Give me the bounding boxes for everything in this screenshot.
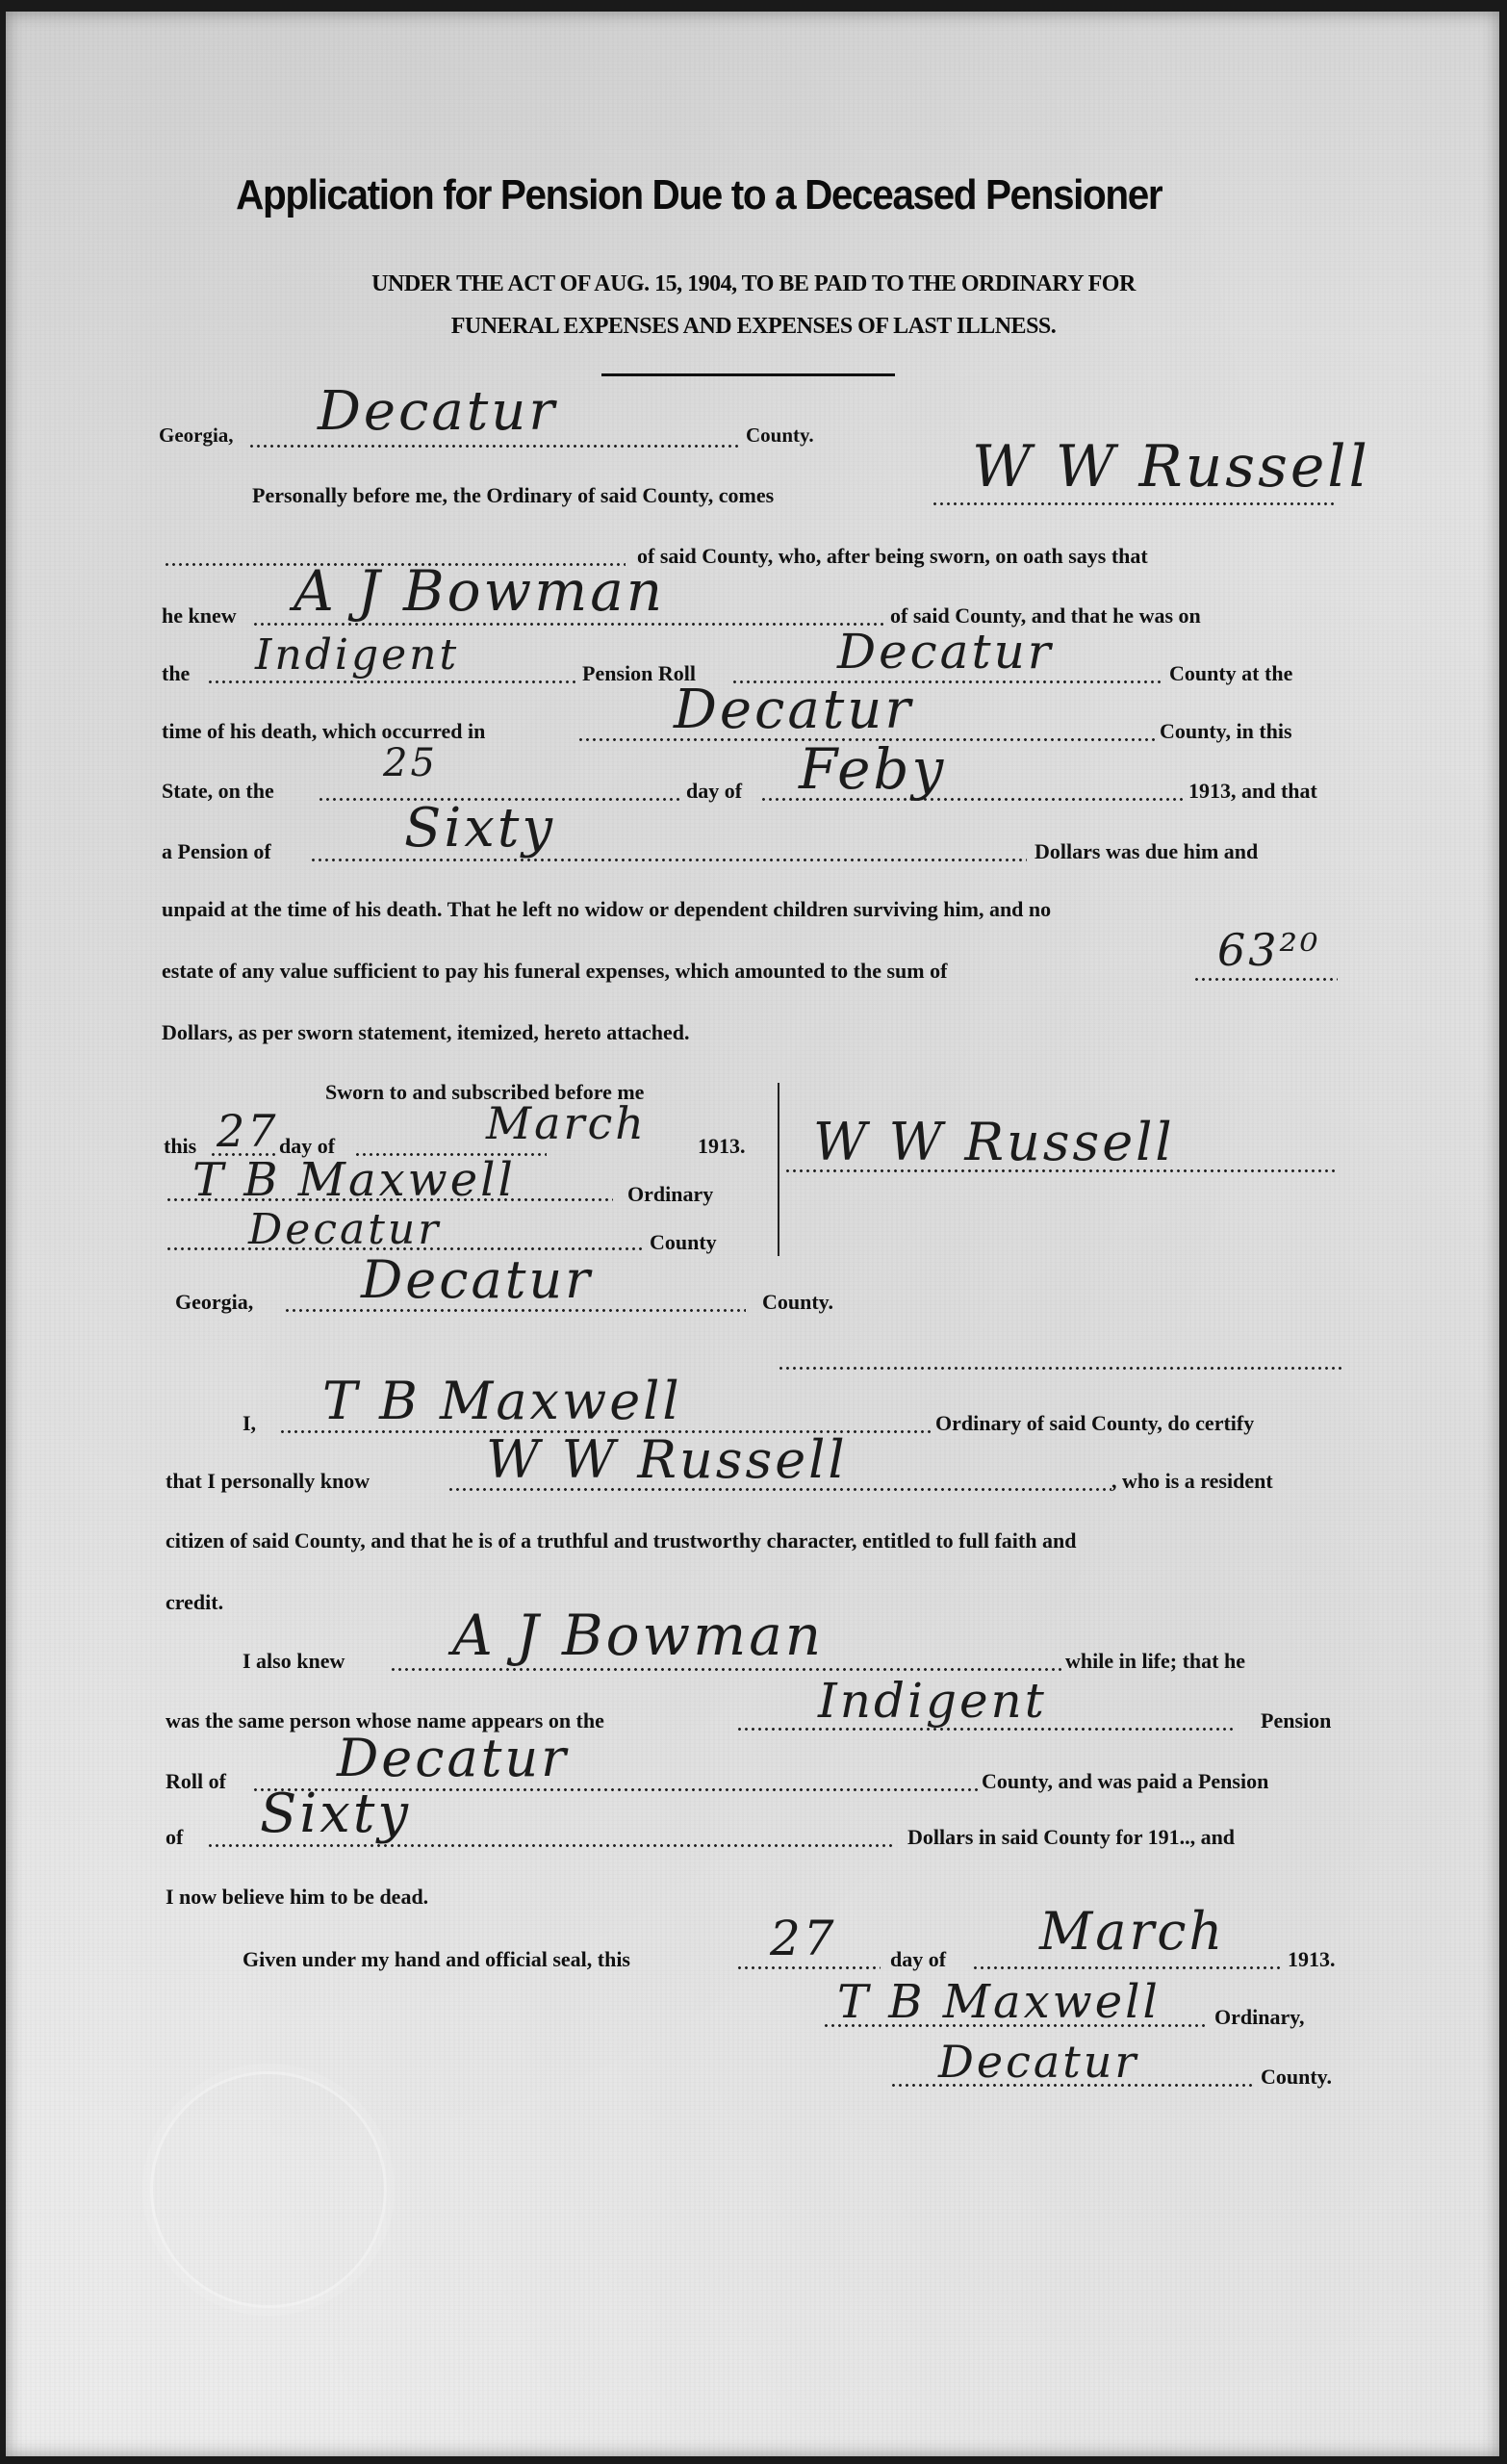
header-rule bbox=[601, 373, 895, 376]
death-month-value: Feby bbox=[799, 736, 946, 802]
cert-day-value: 27 bbox=[770, 1911, 837, 1966]
cert-year: 1913. bbox=[1288, 1947, 1336, 1972]
cert-blank-line bbox=[778, 1367, 1345, 1370]
cert-deceased-name-value: A J Bowman bbox=[452, 1603, 824, 1668]
cert-ordinary-name-value: T B Maxwell bbox=[322, 1371, 682, 1431]
cert-final-county-label: County. bbox=[1261, 2065, 1332, 2090]
unpaid-text: unpaid at the time of his death. That he… bbox=[162, 897, 1051, 922]
cert-dollars-in-county-text: Dollars in said County for 191.., and bbox=[907, 1825, 1235, 1850]
county-field-value: Decatur bbox=[318, 380, 557, 443]
cert-citizen-text: citizen of said County, and that he is o… bbox=[166, 1528, 1076, 1553]
he-knew-label: he knew bbox=[162, 603, 237, 629]
cert-state-label: Georgia, bbox=[175, 1290, 253, 1315]
dollars-statement-text: Dollars, as per sworn statement, itemize… bbox=[162, 1020, 689, 1045]
cert-roll-of-label: Roll of bbox=[166, 1769, 226, 1794]
jurat-county-label: County bbox=[650, 1230, 717, 1255]
pension-amount-value: Sixty bbox=[404, 797, 555, 860]
cert-day-of-label: day of bbox=[890, 1947, 946, 1972]
the-label: the bbox=[162, 661, 190, 686]
cert-believe-dead-text: I now believe him to be dead. bbox=[166, 1885, 428, 1910]
state-on-the-text: State, on the bbox=[162, 779, 274, 804]
a-pension-of-text: a Pension of bbox=[162, 839, 271, 864]
cert-county-label: County. bbox=[762, 1290, 833, 1315]
cert-ordinary-signature: T B Maxwell bbox=[837, 1975, 1161, 2029]
cert-credit-text: credit. bbox=[166, 1590, 223, 1615]
cert-month-value: March bbox=[1039, 1901, 1225, 1962]
roll-county-value: Decatur bbox=[837, 624, 1054, 680]
death-day-value: 25 bbox=[383, 741, 438, 785]
cert-pension-amount-value: Sixty bbox=[260, 1783, 411, 1845]
jurat-day-value: 27 bbox=[217, 1105, 279, 1157]
roll-type-field-line bbox=[207, 680, 577, 683]
day-of-label: day of bbox=[686, 779, 742, 804]
of-said-county-text: of said County, who, after being sworn, … bbox=[637, 544, 1148, 569]
cert-given-under-text: Given under my hand and official seal, t… bbox=[243, 1947, 630, 1972]
jurat-month-value: March bbox=[486, 1097, 647, 1149]
cert-county-value: Decatur bbox=[361, 1249, 593, 1310]
county-label: County. bbox=[746, 423, 814, 448]
roll-type-value: Indigent bbox=[255, 630, 459, 680]
cert-deceased-field-line bbox=[390, 1668, 1063, 1671]
cert-of-label: of bbox=[166, 1825, 183, 1850]
cert-month-field-line bbox=[972, 1966, 1280, 1969]
funeral-sum-value: 63²⁰ bbox=[1217, 924, 1320, 976]
document-title: Application for Pension Due to a Decease… bbox=[159, 171, 1239, 219]
county-in-this-text: County, in this bbox=[1160, 719, 1292, 744]
cert-personally-know-text: that I personally know bbox=[166, 1469, 370, 1494]
cert-while-in-life-text: while in life; that he bbox=[1065, 1649, 1245, 1674]
document-page bbox=[6, 12, 1499, 2456]
county-field-line bbox=[248, 445, 739, 448]
funeral-sum-field-line bbox=[1193, 978, 1338, 981]
jurat-divider bbox=[778, 1083, 779, 1256]
cert-resident-text: , who is a resident bbox=[1111, 1469, 1273, 1494]
cert-i-label: I, bbox=[243, 1411, 256, 1436]
affiant-signature: W W Russell bbox=[813, 1112, 1175, 1172]
jurat-county-value: Decatur bbox=[248, 1205, 441, 1254]
cert-also-knew-label: I also knew bbox=[243, 1649, 345, 1674]
cert-roll-type-value: Indigent bbox=[818, 1673, 1047, 1729]
estate-text: estate of any value sufficient to pay hi… bbox=[162, 959, 947, 984]
jurat-ordinary-label: Ordinary bbox=[627, 1182, 713, 1207]
cert-county-paid-text: County, and was paid a Pension bbox=[982, 1769, 1268, 1794]
county-at-the-text: County at the bbox=[1169, 661, 1292, 686]
personally-text: Personally before me, the Ordinary of sa… bbox=[252, 483, 774, 508]
affiant-field-line bbox=[932, 502, 1336, 505]
cert-roll-county-value: Decatur bbox=[337, 1728, 569, 1788]
death-year-text: 1913, and that bbox=[1188, 779, 1317, 804]
cert-final-county-value: Decatur bbox=[938, 2036, 1138, 2088]
cert-day-field-line bbox=[736, 1966, 881, 1969]
jurat-ordinary-signature: T B Maxwell bbox=[192, 1153, 516, 1207]
deceased-name-value: A J Bowman bbox=[294, 558, 665, 624]
cert-ordinary-label: Ordinary, bbox=[1214, 2005, 1305, 2030]
official-seal-embossing bbox=[150, 2071, 387, 2308]
cert-ordinary-certify-text: Ordinary of said County, do certify bbox=[935, 1411, 1254, 1436]
death-county-value: Decatur bbox=[674, 679, 913, 741]
jurat-year: 1913. bbox=[698, 1134, 746, 1159]
cert-pension-label: Pension bbox=[1261, 1708, 1331, 1733]
affiant-name-value: W W Russell bbox=[972, 433, 1370, 500]
document-subtitle-line2: FUNERAL EXPENSES AND EXPENSES OF LAST IL… bbox=[0, 314, 1507, 340]
cert-known-person-value: W W Russell bbox=[486, 1429, 848, 1490]
dollars-due-text: Dollars was due him and bbox=[1034, 839, 1258, 864]
state-label: Georgia, bbox=[159, 423, 234, 448]
document-subtitle-line1: UNDER THE ACT OF AUG. 15, 1904, TO BE PA… bbox=[0, 271, 1507, 297]
